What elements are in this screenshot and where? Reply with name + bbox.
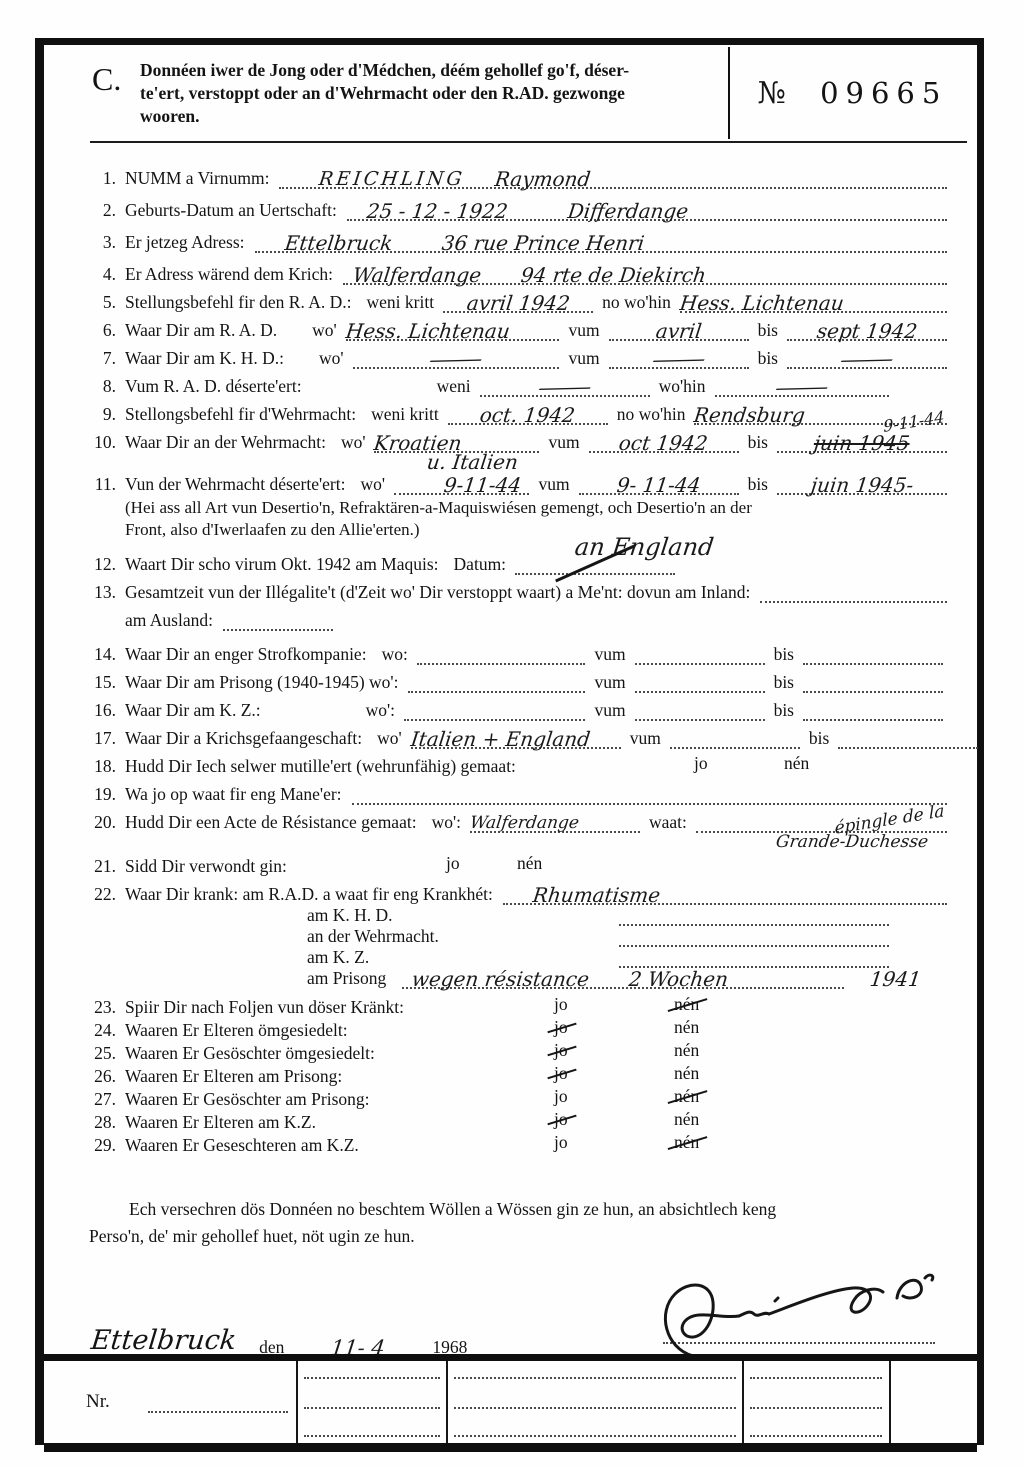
row-label: Er jetzeg Adress: [125,232,253,253]
signature-area [663,1274,935,1354]
row-number: 25. [89,1043,125,1064]
field-label: wo' [312,348,351,369]
row-label: Gesamtzeit vun der Illégalite't (d'Zeit … [125,582,758,603]
form-row-22-sub3: am K. Z. [89,947,949,968]
form-row-20: 20. Hudd Dir een Acte de Résistance gema… [89,805,949,833]
dotted-line [304,1407,440,1409]
field-label: vum [587,644,632,665]
field-label: vum [531,474,576,495]
option-nen: nén [674,1132,699,1153]
row-label: Waaren Er Gesöschter am Prisong: [125,1089,378,1110]
row-label: Geburts-Datum an Uertschaft: [125,200,345,221]
form-header: C. Donnéen iwer de Jong oder d'Médchen, … [44,45,977,141]
dotted-line: oct. 1942 [448,405,608,425]
field-label: wo': [425,812,468,833]
field-label: bis [741,432,775,453]
row-label: Waar Dir am K. Z.: [125,700,269,721]
field-label: vum [541,432,586,453]
dotted-line: Italien + England [411,729,621,749]
declaration-line: Ech versechren dös Donnéen no beschtem W… [89,1196,945,1223]
option-nen: nén [674,994,699,1015]
footer-table: Nr. [44,1354,977,1452]
dotted-line: wegen résistance 2 Wochen [402,969,844,989]
form-row-13b: am Ausland: [89,603,949,631]
dotted-line: — [480,377,650,397]
row-label: Sidd Dir verwondt gin: [125,856,295,877]
handwritten-date: oct. 1942 [479,405,576,425]
row-label: Er Adress wärend dem Krich: [125,264,341,285]
handwritten-place: Hess. Lichtenau [344,321,510,341]
sub-label: am K. Z. [307,947,369,968]
row-label: Hudd Dir Iech selwer mutille'ert (wehrun… [125,756,524,777]
option-jo: jo [554,1063,568,1084]
field-label: bis [767,672,801,693]
field-label: vum [587,672,632,693]
form-row-22: 22. Waar Dir krank: am R.A.D. a waat fir… [89,877,949,905]
dotted-line: — [715,377,889,397]
table-divider [742,1361,744,1443]
dotted-line: Hess. Lichtenau [680,293,947,313]
field-label: bis [767,700,801,721]
row-number: 24. [89,1020,125,1041]
row-number: 29. [89,1135,125,1156]
row-number: 1. [89,168,125,189]
handwritten-date: avril 1942 [465,293,570,313]
row-number: 4. [89,264,125,285]
dotted-line: REICHLING Raymond [279,169,947,189]
field-label: wo'hin [652,376,713,397]
declaration-line: Perso'n, de' mir gehollef huet, nöt ugin… [89,1223,945,1250]
handwritten-dash: — [772,376,831,398]
option-jo: jo [554,1017,568,1038]
handwritten-place: Hess. Lichtenau [679,293,845,313]
row-number: 10. [89,432,125,453]
form-row-5: 5. Stellungsbefehl fir den R. A. D.: wen… [89,285,949,313]
declaration-paragraph: Ech versechren dös Donnéen no beschtem W… [89,1196,949,1250]
dotted-line: 25 - 12 - 1922 Differdange [347,201,947,221]
row-label: Vun der Wehrmacht déserte'ert: [125,474,354,495]
handwritten-place: Rendsburg [693,405,806,425]
form-title-line: wooren. [140,105,716,128]
dotted-line: sept 1942 [787,321,947,341]
field-label: vum [587,700,632,721]
row-number: 15. [89,672,125,693]
row-11-note: (Hei ass all Art vun Desertio'n, Refrakt… [125,497,949,541]
row-label: Spiir Dir nach Foljen vun döser Kränkt: [125,997,412,1018]
form-title: Donnéen iwer de Jong oder d'Médchen, déé… [140,59,716,128]
field-label: vum [561,348,606,369]
dotted-line [148,1411,288,1413]
option-jo: jo [554,1086,568,1107]
handwritten-birthplace: Differdange [566,201,689,221]
row-number: 21. [89,856,125,877]
option-nen: nén [674,1109,699,1130]
field-label: wo' [354,474,393,495]
scanned-form-page: C. Donnéen iwer de Jong oder d'Médchen, … [0,0,1024,1468]
dotted-line: Ettelbruck 36 rue Prince Henri [255,233,947,253]
handwritten-war-address-town: Walferdange [352,265,483,285]
option-jo: jo [554,1109,568,1130]
handwritten-dash: — [427,348,486,370]
form-title-line: Donnéen iwer de Jong oder d'Médchen, déé… [140,59,716,82]
field-label: weni kritt [364,404,446,425]
handwritten-place: Italien + England [409,729,591,749]
form-number-value: 09665 [820,76,947,110]
field-label: bis [767,644,801,665]
field-label: bis [802,728,836,749]
page-frame: C. Donnéen iwer de Jong oder d'Médchen, … [35,38,984,1445]
row-number: 18. [89,756,125,777]
option-jo: jo [446,853,460,874]
signature-block: Ettelbruck den 11- 4 1968 [89,1296,949,1358]
table-divider [296,1361,298,1443]
option-jo: jo [554,1132,568,1153]
row-label: Waar Dir an der Wehrmacht: [125,432,334,453]
dotted-line [304,1435,440,1437]
handwritten-firstname: Raymond [494,169,592,189]
dotted-line: — [353,349,560,369]
row-number: 6. [89,320,125,341]
option-nen: nén [517,853,542,874]
row-number: 13. [89,582,125,603]
table-divider [889,1361,891,1443]
form-title-line: te'ert, verstoppt oder an d'Wehrmacht od… [140,82,716,105]
form-row-14: 14. Waar Dir an enger Strofkompanie: wo:… [89,637,949,665]
dotted-line [223,629,333,631]
row-label: Vum R. A. D. déserte'ert: [125,376,310,397]
field-label: wo' [370,728,409,749]
handwritten-dash: — [838,348,897,370]
form-row-22-sub4: am Prisong wegen résistance 2 Wochen 194… [89,968,949,989]
handwritten-war-address-street: 94 rte de Diekirch [520,265,707,285]
form-row-26: 26. Waaren Er Elteren am Prisong: jo nén [89,1064,949,1087]
form-row-25: 25. Waaren Er Gesöschter ömgesiedelt: jo… [89,1041,949,1064]
option-nen: nén [674,1017,699,1038]
form-row-7: 7. Waar Dir am K. H. D.: wo' — vum — bis… [89,341,949,369]
row-label: Waar Dir a Krichsgefaangeschaft: [125,728,370,749]
field-label: wo': [359,700,402,721]
row-number: 11. [89,474,125,495]
row-number: 5. [89,292,125,313]
row-label: Stellongsbefehl fir d'Wehrmacht: [125,404,364,425]
handwritten-prison-year: 1941 [869,969,922,989]
dotted-line [304,1377,440,1379]
dotted-line [750,1377,882,1379]
handwritten-date: oct 1942 [618,433,709,453]
handwritten-date: sept 1942 [816,321,919,341]
dotted-line [454,1435,736,1437]
dotted-line [515,562,675,575]
sub-label: am K. H. D. [307,905,393,926]
field-label: wo' [334,432,373,453]
form-row-13: 13. Gesamtzeit vun der Illégalite't (d'Z… [89,575,949,603]
row-number: 12. [89,554,125,575]
row-number: 17. [89,728,125,749]
row-number: 3. [89,232,125,253]
handwritten-illness: Rhumatisme [532,885,662,905]
row-label: Waaren Er Elteren am K.Z. [125,1112,324,1133]
sub-label: an der Wehrmacht. [307,926,439,947]
field-label: no wo'hin [595,292,678,313]
field-label: vum [623,728,668,749]
row-number: 27. [89,1089,125,1110]
handwritten-prison-duration: 2 Wochen [628,969,730,989]
form-row-11: 11. Vun der Wehrmacht déserte'ert: wo' 9… [89,467,949,495]
form-row-12: 12. Waart Dir scho virum Okt. 1942 am Ma… [89,547,949,575]
handwritten-date: 9- 11-44 [616,475,702,495]
row-number: 7. [89,348,125,369]
dotted-line: avril [609,321,749,341]
field-label: weni [430,376,478,397]
note-line: (Hei ass all Art vun Desertio'n, Refrakt… [125,497,949,519]
option-nen: nén [674,1086,699,1107]
row-number: 16. [89,700,125,721]
dotted-line: Walferdange [470,813,640,833]
signature-scrawl [649,1266,949,1358]
field-label: bis [741,474,775,495]
option-jo: jo [694,753,708,774]
row-label: Waaren Er Elteren ömgesiedelt: [125,1020,356,1041]
row-number: 2. [89,200,125,221]
dotted-line: 9-11-44 [394,475,529,495]
form-body: 1. NUMM a Virnumm: REICHLING Raymond 2. … [89,157,949,1358]
note-line: Front, also d'Iwerlaafen zu den Allie'er… [125,519,949,541]
form-row-1: 1. NUMM a Virnumm: REICHLING Raymond [89,157,949,189]
form-row-19: 19. Wa jo op waat fir eng Mane'er: [89,777,949,805]
form-row-17: 17. Waar Dir a Krichsgefaangeschaft: wo'… [89,721,949,749]
row-label: Waar Dir an enger Strofkompanie: [125,644,375,665]
row-number: 9. [89,404,125,425]
form-row-8: 8. Vum R. A. D. déserte'ert: weni — wo'h… [89,369,949,397]
handwritten-dash: — [535,376,594,398]
dotted-line: oct 1942 [589,433,739,453]
handwritten-address-town: Ettelbruck [283,233,393,253]
handwritten-surname: REICHLING [318,169,466,189]
field-label: wo' [305,320,344,341]
dotted-line: — [609,349,749,369]
row-number: 26. [89,1066,125,1087]
dotted-line: Walferdange 94 rte de Diekirch [343,265,947,285]
field-label: wo: [375,644,415,665]
row-label: Waaren Er Gesöschter ömgesiedelt: [125,1043,383,1064]
table-divider [446,1361,448,1443]
row-label: Waar Dir am Prisong (1940-1945) wo': [125,672,406,693]
section-letter: C. [92,61,121,98]
row-label: Waar Dir krank: am R.A.D. a waat fir eng… [125,884,501,905]
dotted-line: juin 1945- [777,475,947,495]
dotted-line: avril 1942 [443,293,593,313]
form-row-16: 16. Waar Dir am K. Z.: wo': vum bis [89,693,949,721]
sub-label: am Prisong [307,968,386,989]
row-number: 19. [89,784,125,805]
row-label: Waart Dir scho virum Okt. 1942 am Maquis… [125,554,447,575]
row-label: NUMM a Virnumm: [125,168,277,189]
field-label: Datum: [447,554,514,575]
header-rule [90,141,967,143]
row-label: Hudd Dir een Acte de Résistance gemaat: [125,812,425,833]
handwritten-date: avril [655,321,703,341]
form-row-6: 6. Waar Dir am R. A. D. wo' Hess. Lichte… [89,313,949,341]
dotted-line: Kroatien u. Italien [374,433,539,453]
handwritten-place: Walferdange [469,813,580,833]
handwritten-address-street: 36 rue Prince Henri [441,233,646,253]
row-label: Waaren Er Elteren am Prisong: [125,1066,350,1087]
form-row-28: 28. Waaren Er Elteren am K.Z. jo nén [89,1110,949,1133]
row-number: 28. [89,1112,125,1133]
field-label: waat: [642,812,694,833]
form-row-18: 18. Hudd Dir Iech selwer mutille'ert (we… [89,749,949,777]
numero-sign: № [758,76,786,111]
row-number: 14. [89,644,125,665]
dotted-line: juin 1945 9-11-44 [777,433,947,453]
option-jo: jo [554,1040,568,1061]
dotted-line [454,1407,736,1409]
row-label: Waar Dir am R. A. D. [125,320,285,341]
row-label: am Ausland: [125,610,221,631]
handwritten-date: 9-11-44 [443,475,523,495]
handwritten-date: juin 1945- [810,475,915,495]
form-row-9: 9. Stellongsbefehl fir d'Wehrmacht: weni… [89,397,949,425]
form-row-27: 27. Waaren Er Gesöschter am Prisong: jo … [89,1087,949,1110]
row-number: 20. [89,812,125,833]
form-row-2: 2. Geburts-Datum an Uertschaft: 25 - 12 … [89,189,949,221]
form-row-24: 24. Waaren Er Elteren ömgesiedelt: jo né… [89,1018,949,1041]
dotted-line [750,1435,882,1437]
form-row-15: 15. Waar Dir am Prisong (1940-1945) wo':… [89,665,949,693]
form-row-22-sub1: am K. H. D. [89,905,949,926]
dotted-line: Rhumatisme [503,885,947,905]
row-label: Wa jo op waat fir eng Mane'er: [125,784,350,805]
dotted-line: 9- 11-44 [579,475,739,495]
form-row-22-sub2: an der Wehrmacht. [89,926,949,947]
form-row-23: 23. Spiir Dir nach Foljen vun döser Krän… [89,995,949,1018]
field-label: bis [751,348,785,369]
row-label: Stellungsbefehl fir den R. A. D.: [125,292,360,313]
row-label: Waaren Er Geseschteren am K.Z. [125,1135,367,1156]
nr-label: Nr. [86,1391,110,1413]
row-label: Waar Dir am K. H. D.: [125,348,292,369]
option-nen: nén [784,753,809,774]
field-label: no wo'hin [610,404,693,425]
option-nen: nén [674,1063,699,1084]
dotted-line [750,1407,882,1409]
dotted-line [454,1377,736,1379]
field-label: weni kritt [360,292,442,313]
form-row-4: 4. Er Adress wärend dem Krich: Walferdan… [89,253,949,285]
option-jo: jo [554,994,568,1015]
handwritten-dash: — [649,348,708,370]
dotted-line: — [787,349,947,369]
field-label: vum [561,320,606,341]
form-row-10: 10. Waar Dir an der Wehrmacht: wo' Kroat… [89,425,949,453]
field-label: bis [751,320,785,341]
form-number-box: № 09665 [730,45,975,141]
handwritten-birthdate: 25 - 12 - 1922 [366,201,509,221]
form-row-3: 3. Er jetzeg Adress: Ettelbruck 36 rue P… [89,221,949,253]
dotted-line: épingle de la Grande-Duchesse [696,831,947,833]
dotted-line: Hess. Lichtenau [346,321,560,341]
handwritten-date-struck: juin 1945 [813,433,911,453]
form-row-21: 21. Sidd Dir verwondt gin: jo nén [89,849,949,877]
option-nen: nén [674,1040,699,1061]
row-number: 8. [89,376,125,397]
row-number: 22. [89,884,125,905]
form-row-29: 29. Waaren Er Geseschteren am K.Z. jo né… [89,1133,949,1156]
row-number: 23. [89,997,125,1018]
handwritten-prison-reason: wegen résistance [411,969,590,989]
